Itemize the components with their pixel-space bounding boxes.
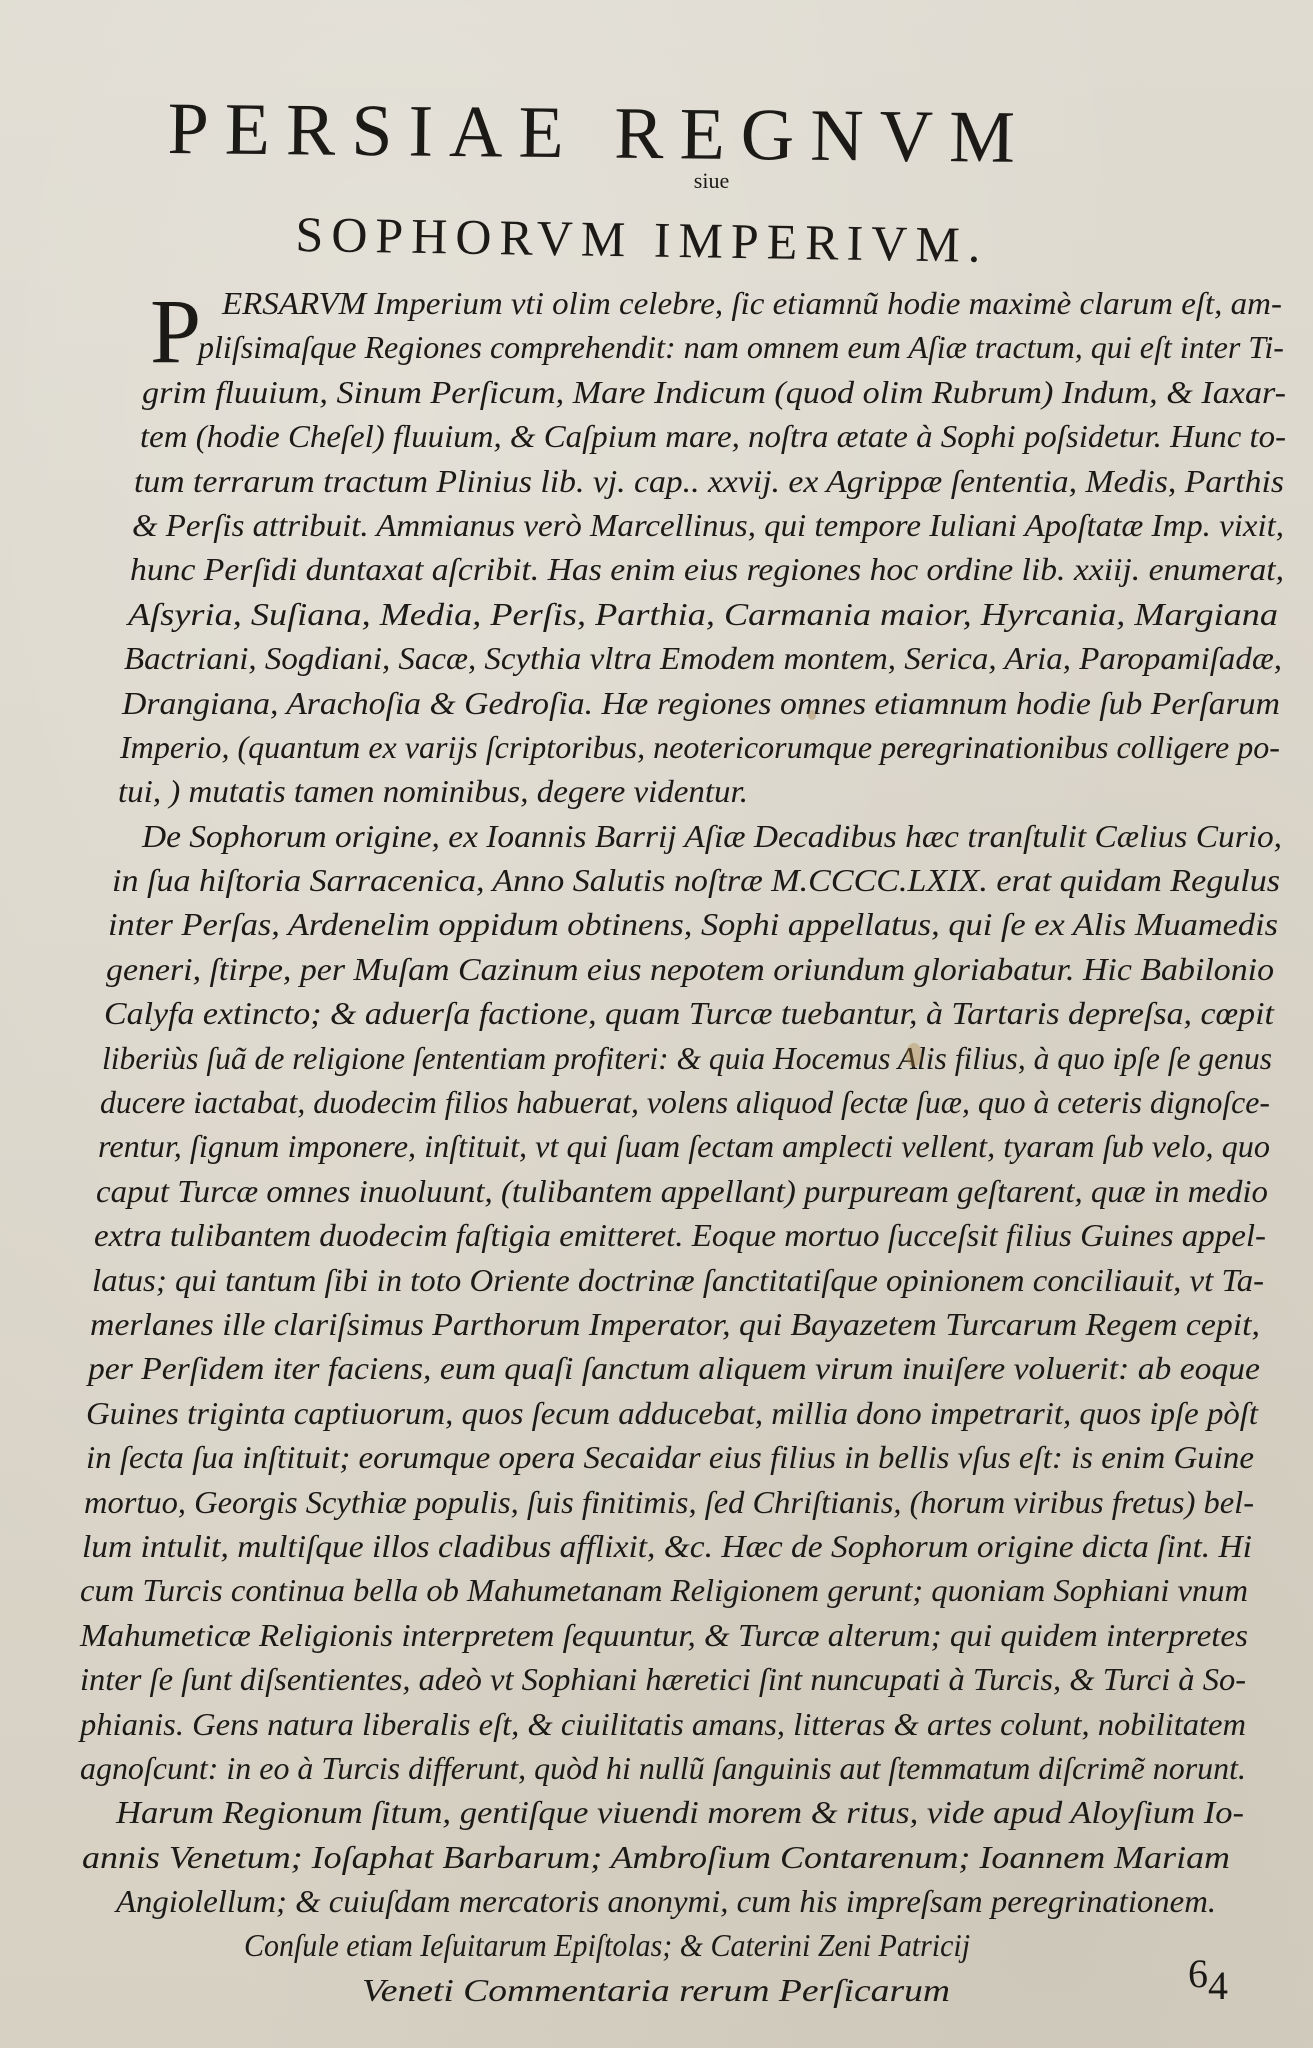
- text-line-content: inter ſe ſunt diſsentientes, adeò vt Sop…: [80, 1658, 1246, 1702]
- title-connector: siue: [0, 168, 1313, 194]
- text-line-content: caput Turcæ omnes inuoluunt, (tulibantem…: [96, 1170, 1268, 1214]
- text-line: Veneti Commentaria rerum Perſicarum: [0, 1969, 1313, 2013]
- text-line: inter ſe ſunt diſsentientes, adeò vt Sop…: [0, 1658, 1313, 1702]
- text-line: Imperio, (quantum ex varijs ſcriptoribus…: [0, 726, 1313, 770]
- page-number: 64: [1188, 1950, 1228, 1997]
- text-line-content: Aſsyria, Suſiana, Media, Perſis, Parthia…: [128, 593, 1278, 637]
- text-line-content: agnoſcunt: in eo à Turcis differunt, quò…: [80, 1747, 1246, 1791]
- text-line: Calyfa extincto; & aduerſa factione, qua…: [0, 992, 1313, 1036]
- text-line: extra tulibantem duodecim faſtigia emitt…: [0, 1214, 1313, 1258]
- text-line: merlanes ille clariſsimus Parthorum Impe…: [0, 1303, 1313, 1347]
- text-line-content: generi, ſtirpe, per Muſam Cazinum eius n…: [106, 948, 1274, 992]
- text-line-content: in ſecta ſua inſtituit; eorumque opera S…: [86, 1436, 1254, 1480]
- text-line-content: tum terrarum tractum Plinius lib. vj. ca…: [134, 460, 1284, 504]
- text-line: phianis. Gens natura liberalis eſt, & ci…: [0, 1703, 1313, 1747]
- text-line-content: Imperio, (quantum ex varijs ſcriptoribus…: [120, 726, 1280, 770]
- text-line-content: cum Turcis continua bella ob Mahumetanam…: [80, 1569, 1248, 1613]
- text-line: tem (hodie Cheſel) fluuium, & Caſpium ma…: [0, 415, 1313, 459]
- text-line-content: latus; qui tantum ſibi in toto Oriente d…: [92, 1259, 1264, 1303]
- book-page: PERSIAE REGNVM siue SOPHORVM IMPERIVM. P…: [0, 0, 1313, 2048]
- text-line: Aſsyria, Suſiana, Media, Perſis, Parthia…: [0, 593, 1313, 637]
- text-line-content: Veneti Commentaria rerum Perſicarum: [362, 1969, 950, 2013]
- text-line-content: Bactriani, Sogdiani, Sacæ, Scythia vltra…: [124, 637, 1282, 681]
- text-line: generi, ſtirpe, per Muſam Cazinum eius n…: [0, 948, 1313, 992]
- text-line-content: tui, ) mutatis tamen nominibus, degere v…: [118, 770, 748, 814]
- text-line-content: mortuo, Georgis Scythiæ populis, ſuis fi…: [84, 1481, 1254, 1525]
- foxing-stain: [906, 1043, 922, 1067]
- text-line: annis Venetum; Ioſaphat Barbarum; Ambroſ…: [0, 1836, 1313, 1880]
- text-line: hunc Perſidi duntaxat aſcribit. Has enim…: [0, 548, 1313, 592]
- text-line: tui, ) mutatis tamen nominibus, degere v…: [0, 770, 1313, 814]
- text-line-content: Guines triginta captiuorum, quos ſecum a…: [86, 1392, 1258, 1436]
- text-line-content: lum intulit, multiſque illos cladibus af…: [82, 1525, 1252, 1569]
- text-line: in ſua hiſtoria Sarracenica, Anno Saluti…: [0, 859, 1313, 903]
- text-line: pliſsimaſque Regiones comprehendit: nam …: [0, 326, 1313, 370]
- text-line-content: hunc Perſidi duntaxat aſcribit. Has enim…: [130, 548, 1284, 592]
- text-line: ERSARVM Imperium vti olim celebre, ſic e…: [0, 282, 1313, 326]
- text-line: De Sophorum origine, ex Ioannis Barrij A…: [0, 815, 1313, 859]
- text-line-content: Angiolellum; & cuiuſdam mercatoris anony…: [116, 1880, 1216, 1924]
- text-line: Bactriani, Sogdiani, Sacæ, Scythia vltra…: [0, 637, 1313, 681]
- text-line-content: ducere iactabat, duodecim filios habuera…: [100, 1081, 1270, 1125]
- text-line: ducere iactabat, duodecim filios habuera…: [0, 1081, 1313, 1125]
- text-line-content: rentur, ſignum imponere, inſtituit, vt q…: [98, 1125, 1270, 1169]
- text-line: Mahumeticæ Religionis interpretem ſequun…: [0, 1614, 1313, 1658]
- text-line-content: Conſule etiam Ieſuitarum Epiſtolas; & Ca…: [244, 1924, 970, 1968]
- body-text: ERSARVM Imperium vti olim celebre, ſic e…: [0, 282, 1313, 2013]
- text-line-content: Harum Regionum ſitum, gentiſque viuendi …: [116, 1791, 1244, 1835]
- text-line: in ſecta ſua inſtituit; eorumque opera S…: [0, 1436, 1313, 1480]
- text-line: caput Turcæ omnes inuoluunt, (tulibantem…: [0, 1170, 1313, 1214]
- text-line: mortuo, Georgis Scythiæ populis, ſuis fi…: [0, 1481, 1313, 1525]
- page-subtitle: SOPHORVM IMPERIVM.: [295, 205, 989, 274]
- ink-stain: [808, 710, 816, 720]
- text-line: grim fluuium, Sinum Perſicum, Mare Indic…: [0, 371, 1313, 415]
- text-line: Guines triginta captiuorum, quos ſecum a…: [0, 1392, 1313, 1436]
- page-number-digit-2: 4: [1208, 1963, 1228, 2008]
- text-line-content: De Sophorum origine, ex Ioannis Barrij A…: [142, 815, 1282, 859]
- text-line-content: per Perſidem iter faciens, eum quaſi ſan…: [88, 1347, 1260, 1391]
- text-line: agnoſcunt: in eo à Turcis differunt, quò…: [0, 1747, 1313, 1791]
- text-line-content: Mahumeticæ Religionis interpretem ſequun…: [80, 1614, 1248, 1658]
- text-line-content: inter Perſas, Ardenelim oppidum obtinens…: [108, 903, 1278, 947]
- text-line: & Perſis attribuit. Ammianus verò Marcel…: [0, 504, 1313, 548]
- text-line: Drangiana, Arachoſia & Gedroſia. Hæ regi…: [0, 682, 1313, 726]
- page-title: PERSIAE REGNVM: [167, 92, 1288, 178]
- text-line: tum terrarum tractum Plinius lib. vj. ca…: [0, 460, 1313, 504]
- page-number-digit-1: 6: [1188, 1951, 1208, 1996]
- text-line: per Perſidem iter faciens, eum quaſi ſan…: [0, 1347, 1313, 1391]
- text-line-content: liberiùs ſuã de religione ſententiam pro…: [102, 1037, 1272, 1081]
- text-line-content: pliſsimaſque Regiones comprehendit: nam …: [198, 326, 1284, 370]
- text-line-content: annis Venetum; Ioſaphat Barbarum; Ambroſ…: [82, 1836, 1230, 1880]
- text-line-content: in ſua hiſtoria Sarracenica, Anno Saluti…: [112, 859, 1280, 903]
- text-line-content: Drangiana, Arachoſia & Gedroſia. Hæ regi…: [122, 682, 1280, 726]
- text-line: cum Turcis continua bella ob Mahumetanam…: [0, 1569, 1313, 1613]
- text-line-content: grim fluuium, Sinum Perſicum, Mare Indic…: [142, 371, 1286, 415]
- text-line: rentur, ſignum imponere, inſtituit, vt q…: [0, 1125, 1313, 1169]
- text-line: liberiùs ſuã de religione ſententiam pro…: [0, 1037, 1313, 1081]
- text-line-content: ERSARVM Imperium vti olim celebre, ſic e…: [222, 282, 1282, 326]
- text-line: lum intulit, multiſque illos cladibus af…: [0, 1525, 1313, 1569]
- text-line-content: phianis. Gens natura liberalis eſt, & ci…: [80, 1703, 1246, 1747]
- text-line-content: extra tulibantem duodecim faſtigia emitt…: [94, 1214, 1266, 1258]
- text-line: Harum Regionum ſitum, gentiſque viuendi …: [0, 1791, 1313, 1835]
- text-line-content: merlanes ille clariſsimus Parthorum Impe…: [90, 1303, 1260, 1347]
- text-line: Angiolellum; & cuiuſdam mercatoris anony…: [0, 1880, 1313, 1924]
- text-line: Conſule etiam Ieſuitarum Epiſtolas; & Ca…: [0, 1924, 1313, 1968]
- text-line: latus; qui tantum ſibi in toto Oriente d…: [0, 1259, 1313, 1303]
- text-line-content: tem (hodie Cheſel) fluuium, & Caſpium ma…: [140, 415, 1286, 459]
- text-line-content: & Perſis attribuit. Ammianus verò Marcel…: [132, 504, 1284, 548]
- text-line-content: Calyfa extincto; & aduerſa factione, qua…: [104, 992, 1274, 1036]
- text-line: inter Perſas, Ardenelim oppidum obtinens…: [0, 903, 1313, 947]
